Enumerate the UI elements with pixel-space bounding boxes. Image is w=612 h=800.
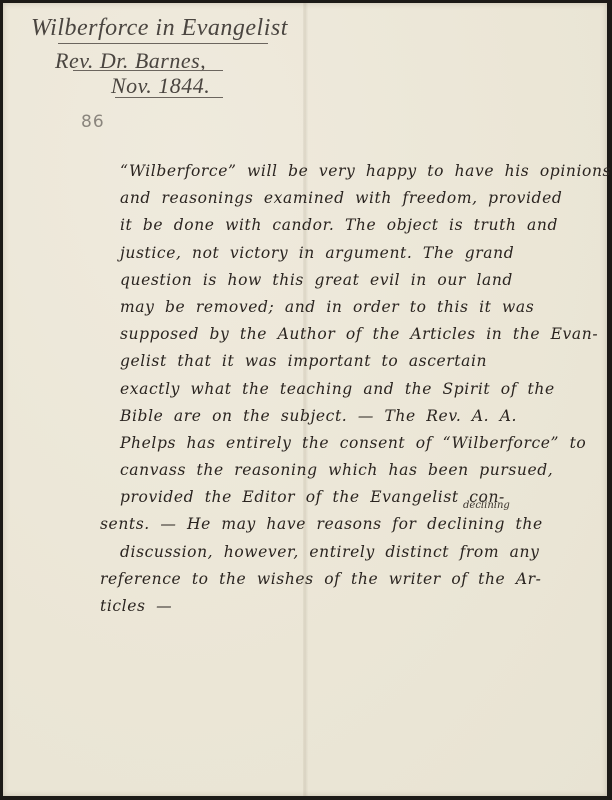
letter-body: “Wilberforce” will be very happy to have… xyxy=(120,158,580,620)
header-date: Nov. 1844. xyxy=(111,73,210,99)
body-line: justice, not victory in argument. The gr… xyxy=(120,240,580,267)
body-line: reference to the wishes of the writer of… xyxy=(100,566,580,593)
header-title: Wilberforce in Evangelist xyxy=(31,15,288,42)
body-line: supposed by the Author of the Articles i… xyxy=(120,321,580,348)
header-title-underline xyxy=(58,43,268,44)
body-line: gelist that it was important to ascertai… xyxy=(120,348,580,375)
header-author-underline xyxy=(73,70,223,71)
body-line: may be removed; and in order to this it … xyxy=(120,294,580,321)
body-line: ticles — xyxy=(100,593,580,620)
header-date-underline xyxy=(115,97,223,98)
body-line: and reasonings examined with freedom, pr… xyxy=(120,185,580,212)
body-line: Bible are on the subject. — The Rev. A. … xyxy=(120,403,580,430)
body-line: “Wilberforce” will be very happy to have… xyxy=(120,158,580,185)
body-line: canvass the reasoning which has been pur… xyxy=(120,457,580,484)
page-number: 86 xyxy=(81,112,105,132)
body-line: Phelps has entirely the consent of “Wilb… xyxy=(120,430,580,457)
body-line: discussion, however, entirely distinct f… xyxy=(120,539,580,566)
manuscript-page: Wilberforce in Evangelist Rev. Dr. Barne… xyxy=(3,3,607,796)
body-line: it be done with candor. The object is tr… xyxy=(120,212,580,239)
body-line: question is how this great evil in our l… xyxy=(120,267,580,294)
body-line: provided the Editor of the Evangelist co… xyxy=(120,484,580,511)
body-line: sents. — He may have reasons for declini… xyxy=(100,511,580,538)
body-line: exactly what the teaching and the Spirit… xyxy=(120,376,580,403)
